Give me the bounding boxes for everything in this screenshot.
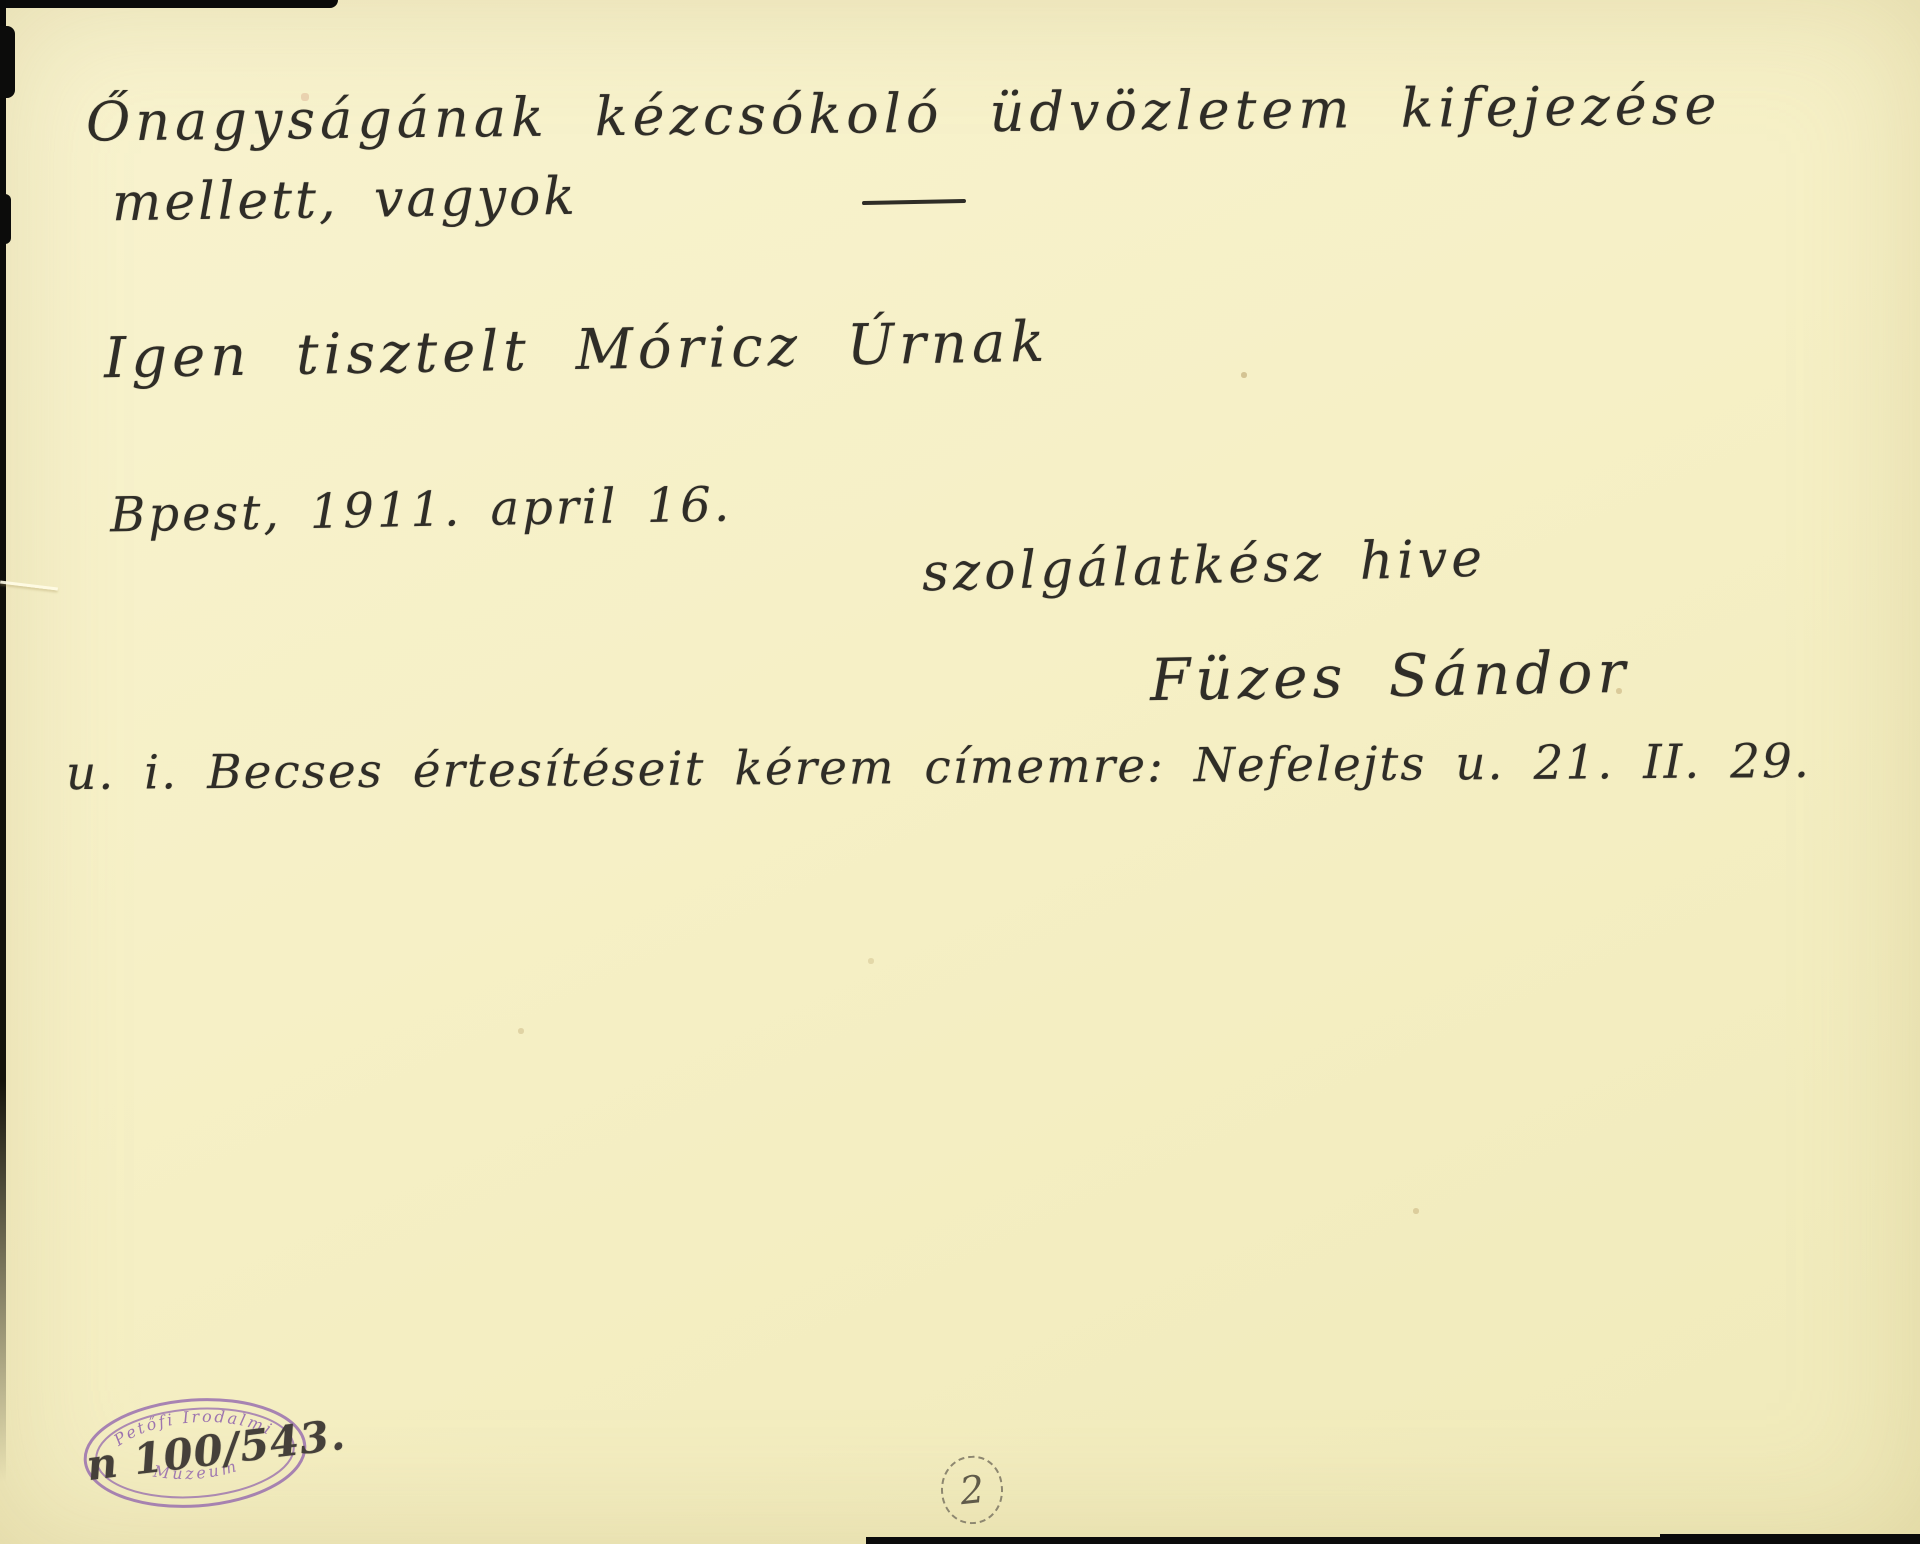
letter-postscript: u. i. Becses értesítéseit kérem címemre:… [66,734,1811,801]
scan-edge-bottom-corner [1660,1534,1920,1544]
handwritten-dash [862,199,966,205]
letter-scan-page: Őnagyságának kézcsókoló üdvözletem kifej… [0,0,1920,1544]
museum-stamp: Petőfi Irodalmi Múzeum n 100/543. [76,1386,314,1520]
page-number: 2 [958,1467,987,1513]
paper-tear [0,580,58,590]
letter-closing: szolgálatkész hive [921,529,1486,604]
letter-salutation: Igen tisztelt Móricz Úrnak [104,310,1050,391]
scan-edge-mark [0,26,15,98]
scan-edge-top [0,0,338,8]
letter-body-line-2: mellett, vagyok [112,167,579,233]
page-number-circle: 2 [938,1453,1007,1527]
scan-edge-mark [0,194,11,244]
letter-signature: Füzes Sándor [1149,638,1630,714]
letter-body-line-1: Őnagyságának kézcsókoló üdvözletem kifej… [86,73,1722,153]
letter-dateline: Bpest, 1911. april 16. [110,477,733,544]
paper-stain-specks [0,0,2,2]
